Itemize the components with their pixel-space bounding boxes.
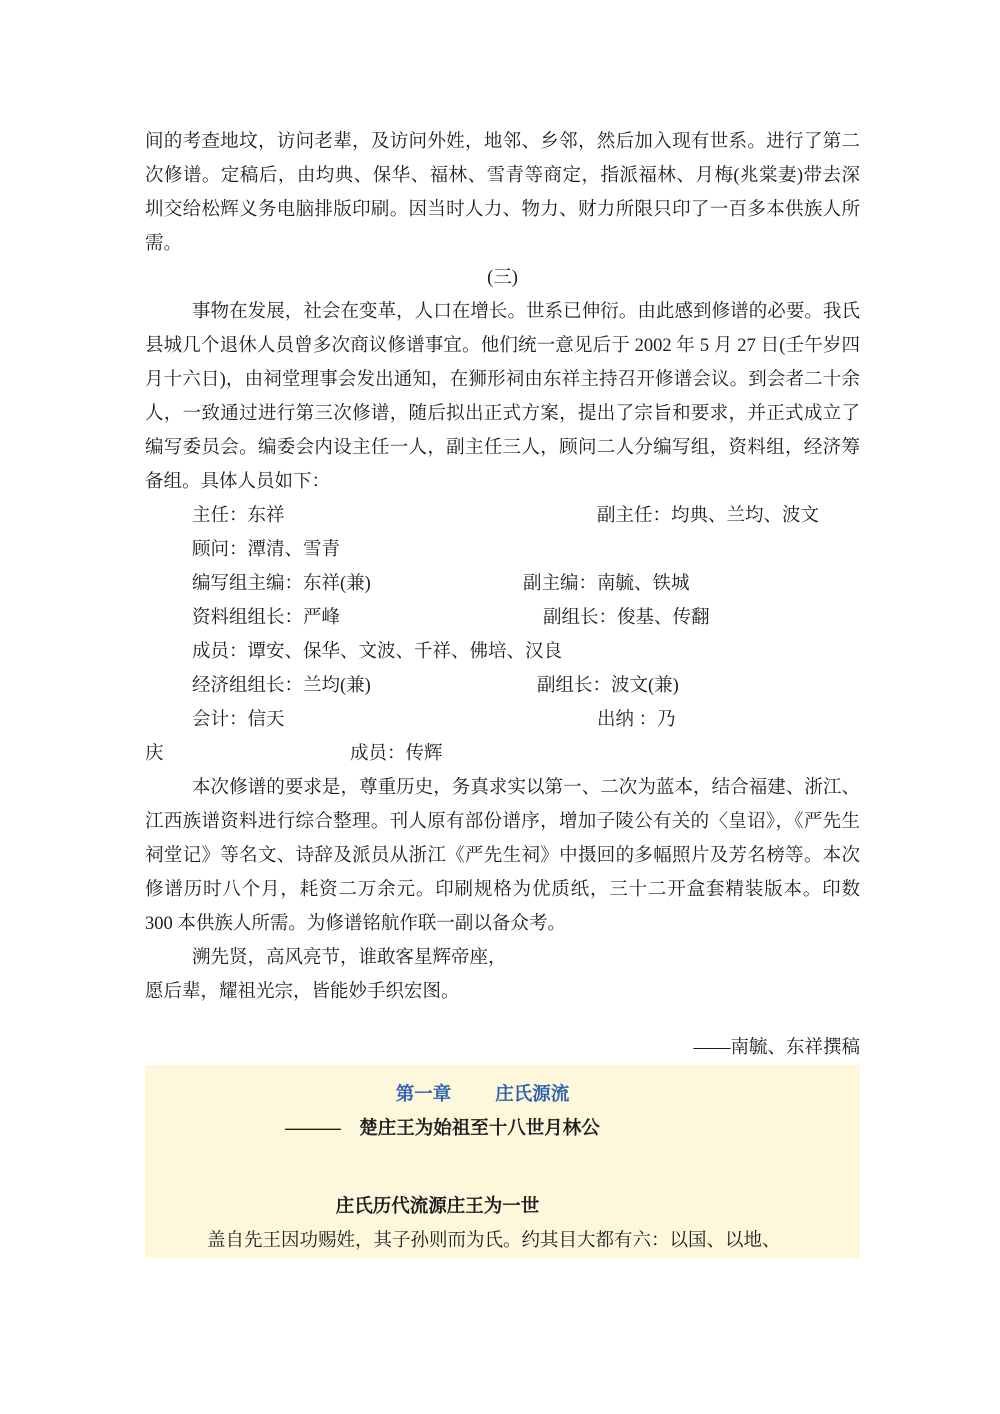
paragraph-continuation: 间的考查地坟，访问老辈，及访问外姓，地邻、乡邻，然后加入现有世系。进行了第二次修… [145, 125, 860, 261]
chapter-title: 庄氏源流 [495, 1085, 569, 1105]
chapter-subtitle: ——— 楚庄王为始祖至十八世月林公 [145, 1112, 860, 1146]
page-content: 间的考查地坟，访问老辈，及访问外姓，地邻、乡邻，然后加入现有世系。进行了第二次修… [145, 0, 860, 1258]
section-marker: (三) [145, 261, 860, 295]
document-page: 间的考查地坟，访问老辈，及访问外姓，地邻、乡邻，然后加入现有世系。进行了第二次修… [0, 0, 1000, 1414]
chapter-section: 第一章庄氏源流 ——— 楚庄王为始祖至十八世月林公 庄氏历代流源庄王为一世 盖自… [145, 1065, 860, 1258]
chapter-label: 第一章 [396, 1085, 452, 1105]
section-heading: 庄氏历代流源庄王为一世 [145, 1190, 860, 1224]
roster-left: 编写组主编：东祥(兼) [145, 574, 371, 594]
chapter-heading: 第一章庄氏源流 [145, 1078, 860, 1112]
roster-left: 主任：东祥 [145, 506, 285, 526]
paragraph-requirements: 本次修谱的要求是，尊重历史，务真求实以第一、二次为蓝本，结合福建、浙江、江西族谱… [145, 771, 860, 941]
roster-right: 副主编：南毓、铁城 [523, 567, 690, 601]
signature-line: ——南毓、东祥撰稿 [145, 1031, 860, 1065]
roster-row-finance-lead: 经济组组长：兰均(兼) 副组长：波文(兼) [145, 669, 860, 703]
roster-left: 资料组组长：严峰 [145, 608, 340, 628]
roster-right: 出纳 ：乃 [597, 703, 676, 737]
couplet-line-2: 愿后辈，耀祖光宗，皆能妙手织宏图。 [145, 975, 860, 1009]
committee-roster: 主任：东祥 副主任：均典、兰均、波文 顾问：潭清、雪青 编写组主编：东祥(兼) … [145, 499, 860, 771]
roster-row-members: 成员：谭安、保华、文波、千祥、佛培、汉良 [145, 635, 860, 669]
roster-left: 经济组组长：兰均(兼) [145, 676, 371, 696]
roster-left: 成员：谭安、保华、文波、千祥、佛培、汉良 [145, 642, 562, 662]
roster-right: 副组长：波文(兼) [537, 669, 679, 703]
roster-right: 副主任：均典、兰均、波文 [597, 499, 819, 533]
paragraph-meeting: 事物在发展，社会在变革，人口在增长。世系已伸衍。由此感到修谱的必要。我氏县城几个… [145, 295, 860, 499]
roster-row-director: 主任：东祥 副主任：均典、兰均、波文 [145, 499, 860, 533]
roster-left: 会计：信天 [145, 710, 285, 730]
roster-row-accountant: 会计：信天 出纳 ：乃 [145, 703, 860, 737]
roster-row-advisors: 顾问：潭清、雪青 [145, 533, 860, 567]
roster-row-chief-editor: 编写组主编：东祥(兼) 副主编：南毓、铁城 [145, 567, 860, 601]
roster-left: 顾问：潭清、雪青 [145, 540, 340, 560]
section-body-line: 盖自先王因功赐姓，其子孙则而为氏。约其目大都有六：以国、以地、 [145, 1224, 860, 1258]
roster-right: 副组长：俊基、传翻 [543, 601, 710, 635]
couplet-line-1: 溯先贤，高风亮节，谁敢客星辉帝座， [145, 941, 860, 975]
roster-row-wrap: 庆 成员：传辉 [145, 737, 860, 771]
roster-right: 成员：传辉 [350, 737, 443, 771]
roster-left: 庆 [145, 744, 164, 764]
roster-row-materials-lead: 资料组组长：严峰 副组长：俊基、传翻 [145, 601, 860, 635]
